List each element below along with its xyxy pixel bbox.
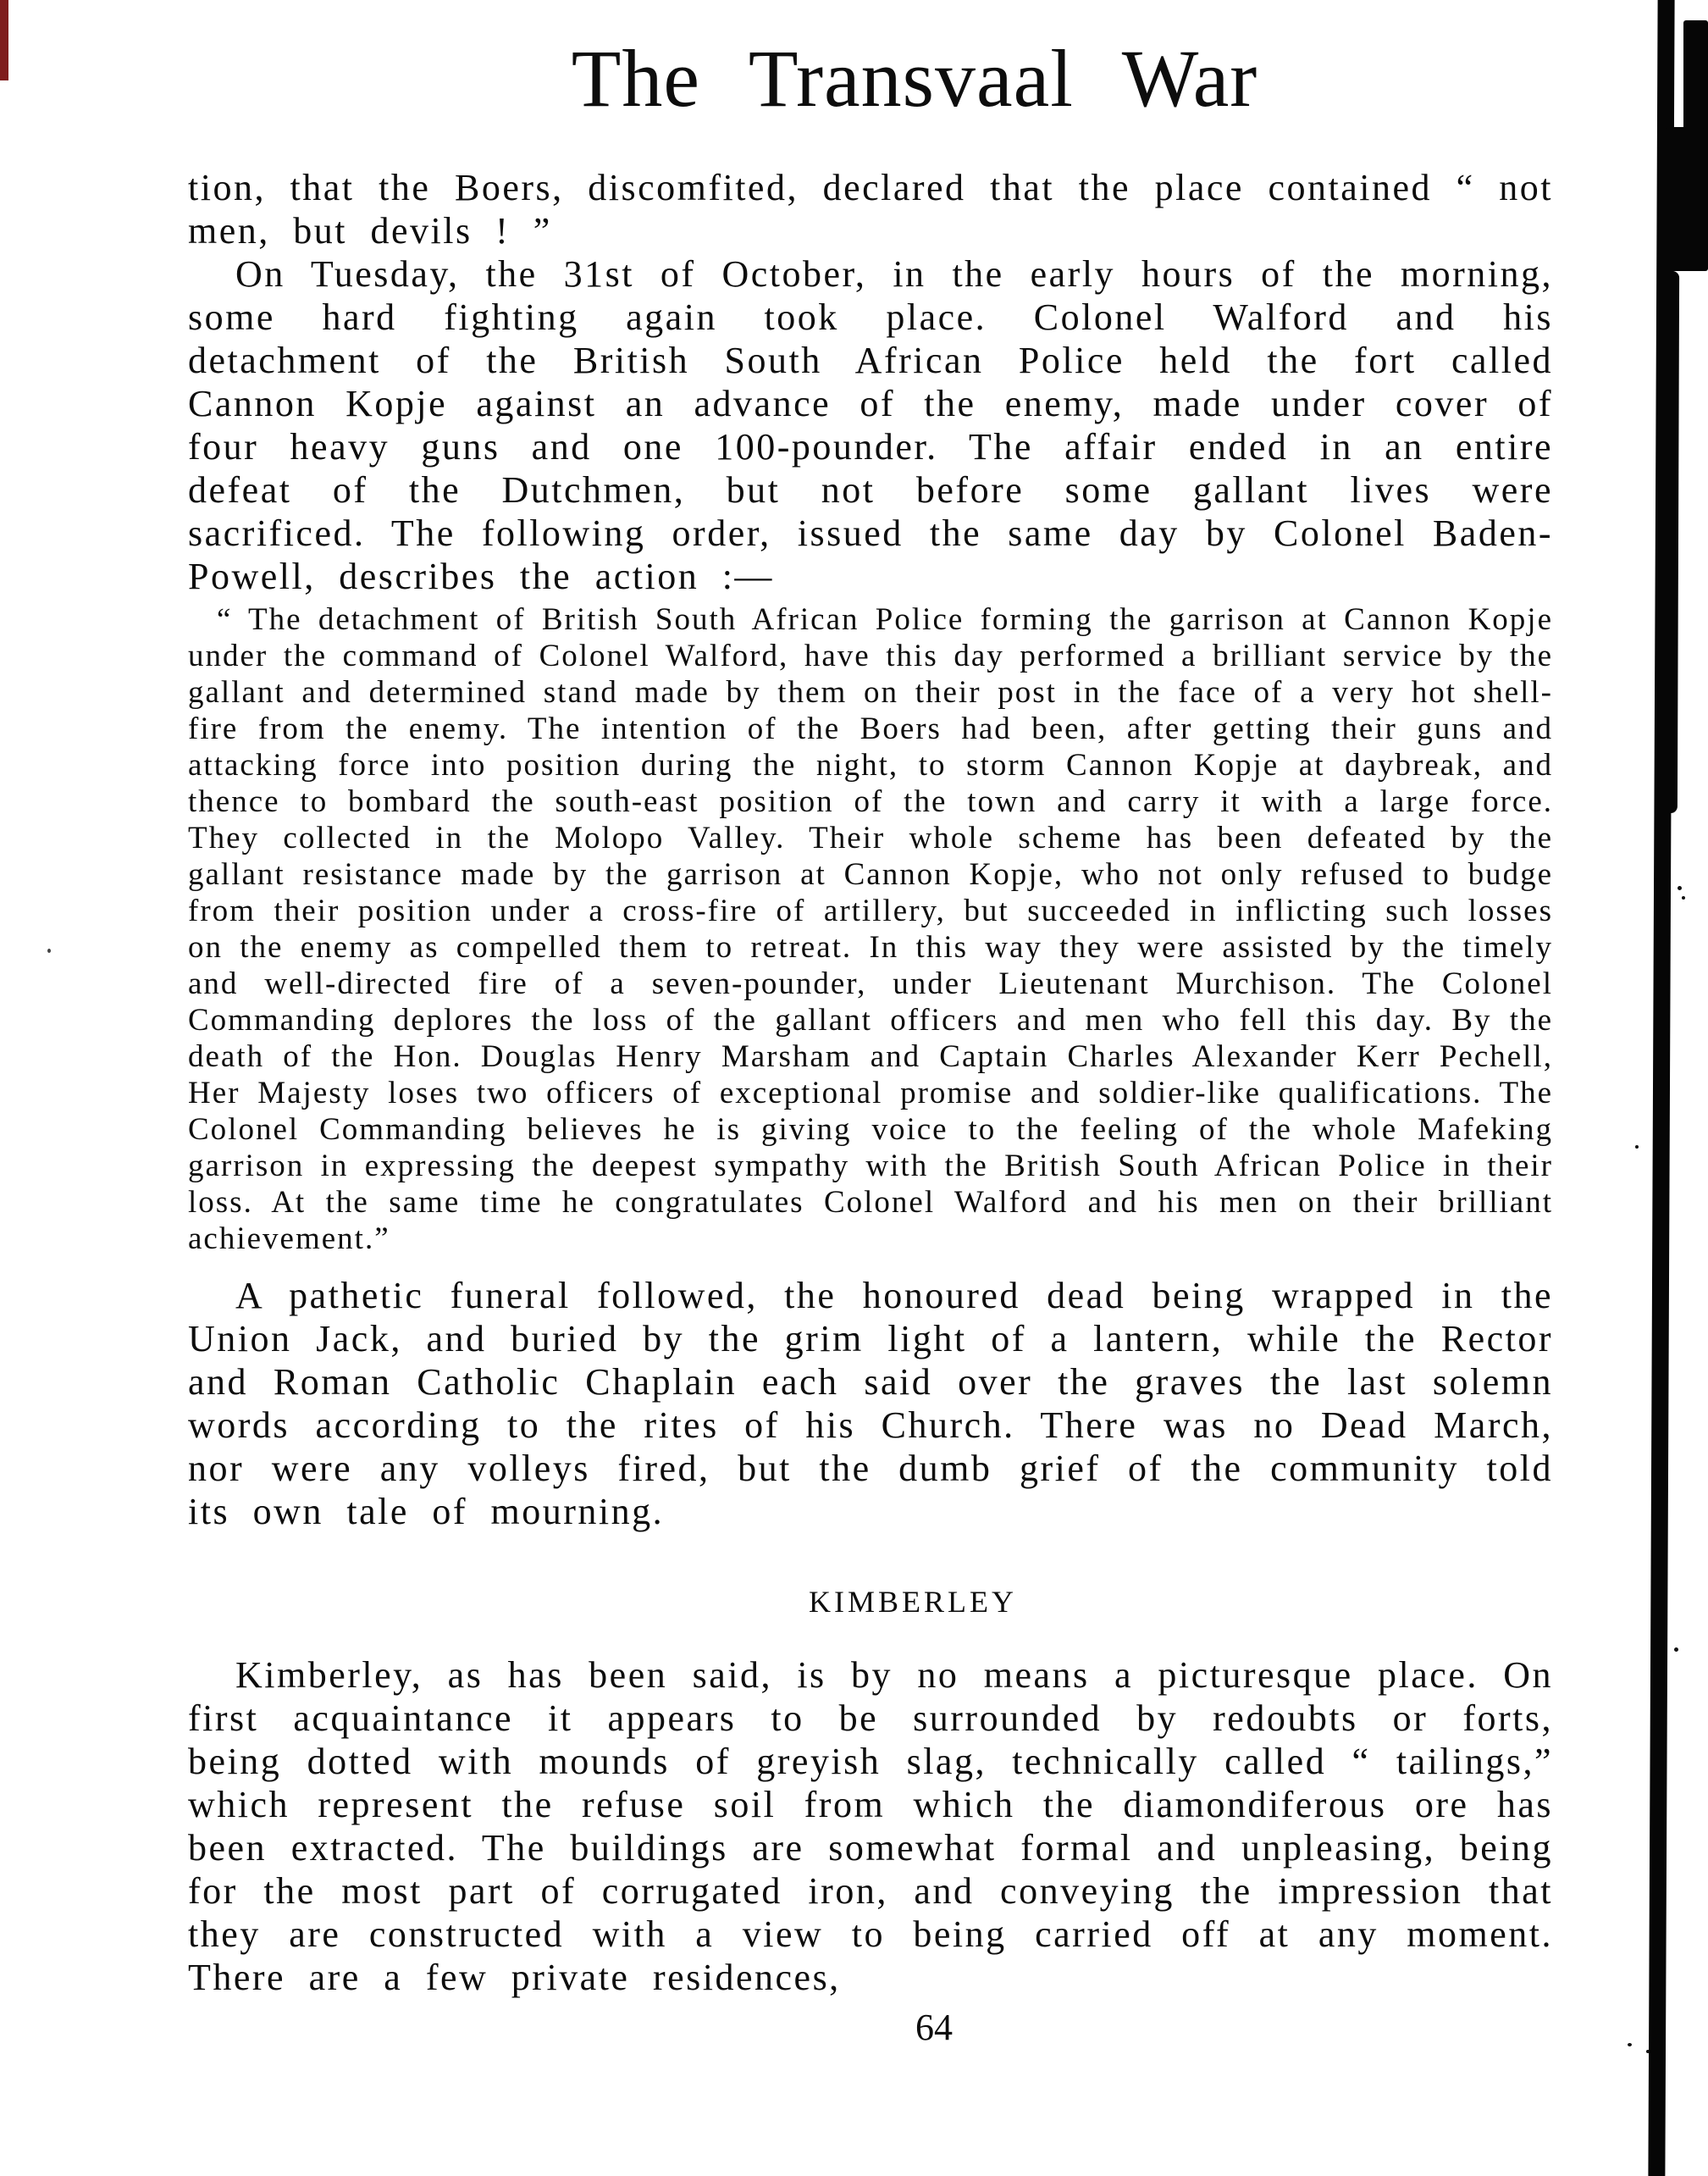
- paragraph-continuation: tion, that the Boers, discomfited, decla…: [188, 166, 1553, 252]
- scan-speck: [1682, 896, 1685, 900]
- block-quote-baden-powell-order: “ The detachment of British South Africa…: [188, 601, 1553, 1257]
- scan-speck: [1674, 1647, 1678, 1652]
- page-title: The Transvaal War: [232, 36, 1597, 122]
- page-number: 64: [252, 2006, 1617, 2049]
- paragraph-kimberley: Kimberley, as has been said, is by no me…: [188, 1653, 1553, 1999]
- section-heading-kimberley: KIMBERLEY: [230, 1584, 1595, 1620]
- scan-speck: [1635, 1145, 1639, 1149]
- binding-shadow-bridge-patch: [1663, 127, 1707, 271]
- scanned-book-page: The Transvaal War tion, that the Boers, …: [0, 0, 1708, 2176]
- scan-speck: [47, 949, 51, 953]
- text-column: The Transvaal War tion, that the Boers, …: [188, 36, 1553, 2049]
- binding-shadow-mid-stripe: [1655, 271, 1679, 813]
- left-edge-red-mark: [0, 0, 8, 80]
- scan-speck: [1628, 2043, 1632, 2046]
- paragraph-cannon-kopje: On Tuesday, the 31st of October, in the …: [188, 252, 1553, 598]
- scan-speck: [1678, 886, 1682, 890]
- scan-speck: [1646, 2050, 1650, 2053]
- paragraph-funeral: A pathetic funeral followed, the honoure…: [188, 1274, 1553, 1533]
